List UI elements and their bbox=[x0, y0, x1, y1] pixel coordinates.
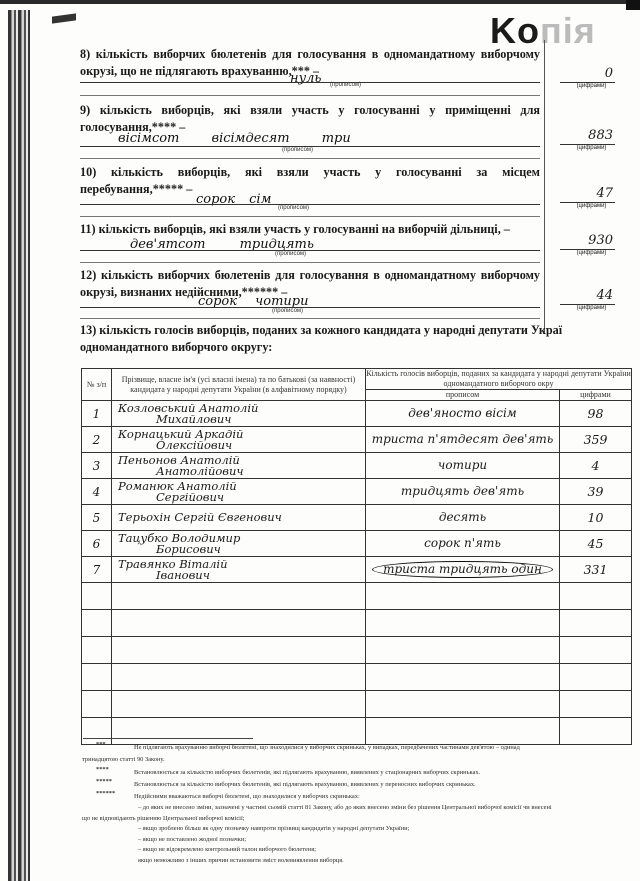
footnote-bullet: – якщо зроблено більш як одну позначку н… bbox=[82, 824, 637, 835]
empty-cell bbox=[82, 610, 112, 637]
section-10-digits: 47(цифрами) bbox=[560, 186, 615, 209]
section-11-words-hint: (прописом) bbox=[275, 251, 306, 257]
footnote-bullet: – до яких не внесено зміни, зазначені у … bbox=[82, 803, 637, 814]
table-row: 2Корнацький АркадійОлексійовичтриста п'я… bbox=[82, 427, 632, 453]
section-9-words-value: вісімсот вісімдесят три bbox=[118, 131, 351, 146]
footnote-text: Не підлягають врахуванню виборчі бюлетен… bbox=[134, 744, 520, 751]
votes-in-digits: 359 bbox=[560, 427, 632, 453]
header-votes-words: прописом bbox=[366, 390, 560, 401]
votes-in-words: триста тридцять один bbox=[366, 557, 560, 583]
empty-cell bbox=[366, 718, 560, 745]
row-number: 7 bbox=[82, 557, 112, 583]
candidate-name-line2: Анатолійович bbox=[118, 466, 365, 477]
row-number: 6 bbox=[82, 531, 112, 557]
footnote-marker: **** bbox=[82, 767, 134, 773]
candidate-name: Терьохін Сергій Євгенович bbox=[112, 505, 366, 531]
candidate-votes-table: № з/п Прізвище, власне ім'я (усі власні … bbox=[81, 368, 632, 745]
empty-cell bbox=[112, 610, 366, 637]
candidate-name: Романюк АнатолійСергійович bbox=[112, 479, 366, 505]
votes-in-words: десять bbox=[366, 505, 560, 531]
candidate-name: Козловський АнатолійМихайлович bbox=[112, 401, 366, 427]
header-votes: Кількість голосів виборців, поданих за к… bbox=[366, 369, 632, 390]
table-row: 5Терьохін Сергій Євгеновичдесять10 bbox=[82, 505, 632, 531]
section-12-digits: 44(цифрами) bbox=[560, 288, 615, 311]
section-9-words-line bbox=[80, 146, 540, 147]
section-12-words-hint: (прописом) bbox=[272, 308, 303, 314]
empty-cell bbox=[82, 637, 112, 664]
empty-cell bbox=[82, 691, 112, 718]
votes-in-words: чотири bbox=[366, 453, 560, 479]
empty-cell bbox=[112, 637, 366, 664]
votes-in-digits: 39 bbox=[560, 479, 632, 505]
empty-cell bbox=[366, 610, 560, 637]
scan-binding-strip bbox=[8, 10, 30, 881]
empty-cell bbox=[82, 583, 112, 610]
margin-divider bbox=[544, 40, 545, 332]
header-votes-digits: цифрами bbox=[560, 390, 632, 401]
scan-top-edge bbox=[0, 0, 640, 4]
section-8-words-value: нуль bbox=[290, 71, 321, 86]
section-10-digits-value: 47 bbox=[560, 186, 615, 203]
candidate-name-line1: Терьохін Сергій Євгенович bbox=[118, 510, 282, 524]
footnote-rule bbox=[83, 738, 253, 739]
section-divider bbox=[80, 158, 540, 159]
footnote-bullet: – якщо не поставлено жодної позначки; bbox=[82, 835, 637, 846]
empty-cell bbox=[112, 718, 366, 745]
section-11-words-line bbox=[80, 250, 540, 251]
votes-in-digits: 331 bbox=[560, 557, 632, 583]
footnote-text: Недійсними вважаються виборчі бюлетені, … bbox=[134, 793, 360, 800]
footnote: *****Встановлюється за кількістю виборчи… bbox=[82, 779, 637, 791]
table-row: 1Козловський АнатолійМихайловичдев'яност… bbox=[82, 401, 632, 427]
votes-in-words: сорок п'ять bbox=[366, 531, 560, 557]
section-8-digits-hint: (цифрами) bbox=[560, 83, 615, 89]
table-row-empty bbox=[82, 718, 632, 745]
section-10-words-hint: (прописом) bbox=[278, 205, 309, 211]
empty-cell bbox=[560, 718, 632, 745]
votes-in-words-text: тридцять дев'ять bbox=[401, 484, 524, 498]
copy-stamp-text: Ko bbox=[490, 10, 540, 51]
candidate-name: Пеньонов АнатолійАнатолійович bbox=[112, 453, 366, 479]
section-11-digits-hint: (цифрами) bbox=[560, 250, 615, 256]
votes-in-digits: 98 bbox=[560, 401, 632, 427]
empty-cell bbox=[112, 583, 366, 610]
scan-corner bbox=[626, 0, 640, 10]
scan-corner-mark bbox=[52, 13, 76, 23]
footnote-bullet: якщо неможливо з інших причин встановити… bbox=[82, 856, 637, 867]
empty-cell bbox=[366, 664, 560, 691]
footnote-marker: ***** bbox=[82, 779, 134, 785]
section-divider bbox=[80, 262, 540, 263]
empty-cell bbox=[560, 637, 632, 664]
footnote-marker: *** bbox=[82, 742, 134, 748]
section-11-label: 11) кількість виборців, які взяли участь… bbox=[80, 221, 540, 238]
section-10-digits-hint: (цифрами) bbox=[560, 203, 615, 209]
footnote-bullet: – якщо не відокремлено контрольний талон… bbox=[82, 845, 637, 856]
row-number: 3 bbox=[82, 453, 112, 479]
section-11-digits: 930(цифрами) bbox=[560, 233, 615, 256]
votes-in-words-text: десять bbox=[439, 510, 486, 524]
empty-cell bbox=[366, 637, 560, 664]
section-divider bbox=[80, 318, 540, 319]
empty-cell bbox=[366, 583, 560, 610]
candidate-name-line2: Олексійович bbox=[118, 440, 365, 451]
votes-in-words: тридцять дев'ять bbox=[366, 479, 560, 505]
section-12-digits-value: 44 bbox=[560, 288, 615, 305]
empty-cell bbox=[560, 691, 632, 718]
footnotes: ***Не підлягають врахуванню виборчі бюле… bbox=[82, 742, 637, 866]
row-number: 4 bbox=[82, 479, 112, 505]
empty-cell bbox=[112, 691, 366, 718]
candidate-name-line2: Іванович bbox=[118, 570, 365, 581]
votes-in-words-text: дев'яносто вісім bbox=[408, 406, 517, 420]
header-number: № з/п bbox=[82, 369, 112, 401]
section-9-digits-value: 883 bbox=[560, 128, 615, 145]
section-9-digits: 883(цифрами) bbox=[560, 128, 615, 151]
section-13-label: 13) кількість голосів виборців, поданих … bbox=[80, 322, 640, 356]
footnote-text: Встановлюється за кількістю виборчих бюл… bbox=[134, 781, 476, 788]
table-row: 7Травянко ВіталійІвановичтриста тридцять… bbox=[82, 557, 632, 583]
empty-cell bbox=[560, 610, 632, 637]
section-divider bbox=[80, 216, 540, 217]
table-row-empty bbox=[82, 610, 632, 637]
votes-in-digits: 10 bbox=[560, 505, 632, 531]
empty-cell bbox=[560, 583, 632, 610]
empty-cell bbox=[82, 664, 112, 691]
candidate-name-line2: Михайлович bbox=[118, 414, 365, 425]
table-row: 6Тацубко ВолодимирБорисовичсорок п'ять45 bbox=[82, 531, 632, 557]
section-11-digits-value: 930 bbox=[560, 233, 615, 250]
section-divider bbox=[80, 95, 540, 96]
section-9-words-hint: (прописом) bbox=[282, 147, 313, 153]
candidate-name: Тацубко ВолодимирБорисович bbox=[112, 531, 366, 557]
footnote-marker: ****** bbox=[82, 791, 134, 797]
votes-in-digits: 45 bbox=[560, 531, 632, 557]
candidate-name: Травянко ВіталійІванович bbox=[112, 557, 366, 583]
table-row: 3Пеньонов АнатолійАнатолійовиччотири4 bbox=[82, 453, 632, 479]
section-10-words-line bbox=[80, 204, 540, 205]
table-row-empty bbox=[82, 583, 632, 610]
table-row-empty bbox=[82, 664, 632, 691]
votes-in-words: триста п'ятдесят дев'ять bbox=[366, 427, 560, 453]
row-number: 1 bbox=[82, 401, 112, 427]
candidate-name: Корнацький АркадійОлексійович bbox=[112, 427, 366, 453]
section-10-label: 10) кількість виборців, які взяли участь… bbox=[80, 164, 540, 198]
row-number: 5 bbox=[82, 505, 112, 531]
footnote: ******Недійсними вважаються виборчі бюле… bbox=[82, 791, 637, 803]
footnote: ***Не підлягають врахуванню виборчі бюле… bbox=[82, 742, 637, 767]
section-12-words-line bbox=[80, 307, 540, 308]
candidate-name-line2: Сергійович bbox=[118, 492, 365, 503]
section-8-digits: 0(цифрами) bbox=[560, 66, 615, 89]
votes-in-words-text: триста п'ятдесят дев'ять bbox=[372, 432, 554, 446]
empty-cell bbox=[366, 691, 560, 718]
votes-in-digits: 4 bbox=[560, 453, 632, 479]
votes-in-words: дев'яносто вісім bbox=[366, 401, 560, 427]
table-row-empty bbox=[82, 637, 632, 664]
section-12-label: 12) кількість виборчих бюлетенів для гол… bbox=[80, 267, 540, 301]
footnote-text: тринадцятою статті 90 Закону. bbox=[82, 754, 637, 766]
copy-stamp-faded-text: пія bbox=[540, 10, 596, 51]
empty-cell bbox=[560, 664, 632, 691]
section-9-digits-hint: (цифрами) bbox=[560, 145, 615, 151]
footnote: ****Встановлюється за кількістю виборчих… bbox=[82, 767, 637, 779]
header-candidate-name: Прізвище, власне ім'я (усі власні імена)… bbox=[112, 369, 366, 401]
footnote-text: Встановлюється за кількістю виборчих бюл… bbox=[134, 769, 480, 776]
section-12-digits-hint: (цифрами) bbox=[560, 305, 615, 311]
votes-in-words-text: триста тридцять один bbox=[372, 561, 553, 578]
votes-in-words-text: чотири bbox=[438, 458, 487, 472]
candidate-name-line2: Борисович bbox=[118, 544, 365, 555]
table-row-empty bbox=[82, 691, 632, 718]
table-row: 4Романюк АнатолійСергійовичтридцять дев'… bbox=[82, 479, 632, 505]
section-8-digits-value: 0 bbox=[560, 66, 615, 83]
row-number: 2 bbox=[82, 427, 112, 453]
footnote-bullet: що не відповідають рішенню Центральної в… bbox=[82, 814, 637, 825]
empty-cell bbox=[112, 664, 366, 691]
votes-in-words-text: сорок п'ять bbox=[424, 536, 501, 550]
section-8-words-line bbox=[80, 82, 540, 83]
